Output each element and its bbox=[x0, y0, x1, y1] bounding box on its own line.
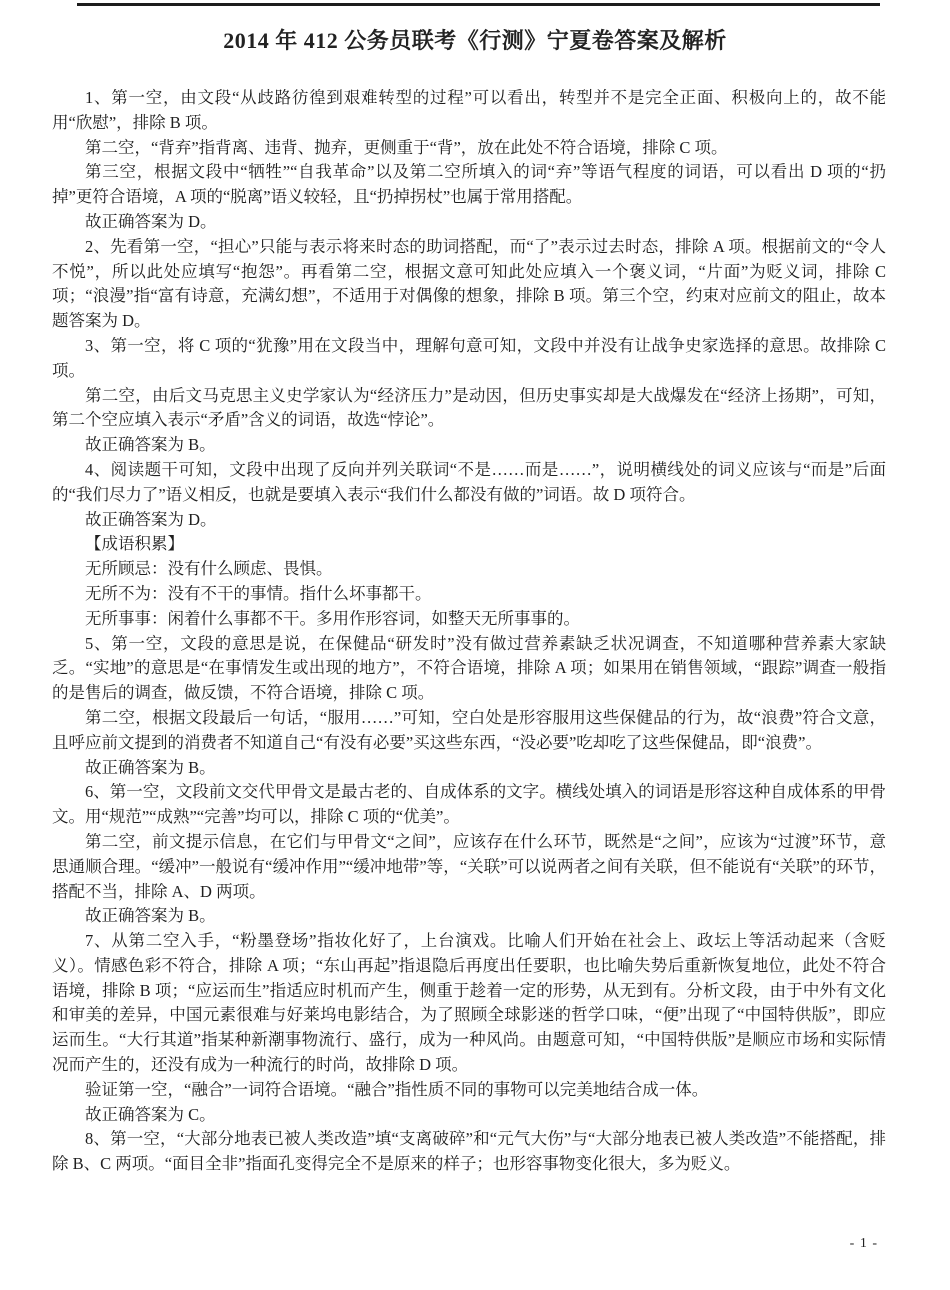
paragraph-heading-idioms: 【成语积累】 bbox=[52, 532, 886, 557]
paragraph: 5、第一空，文段的意思是说，在保健品“研发时”没有做过营养素缺乏状况调查，不知道… bbox=[52, 632, 886, 706]
paragraph: 故正确答案为 D。 bbox=[52, 210, 886, 235]
paragraph: 第三空，根据文段中“牺牲”“自我革命”以及第二空所填入的词“弃”等语气程度的词语… bbox=[52, 160, 886, 210]
paragraph: 无所事事：闲着什么事都不干。多用作形容词，如整天无所事事的。 bbox=[52, 607, 886, 632]
paragraph: 故正确答案为 B。 bbox=[52, 433, 886, 458]
paragraph: 故正确答案为 C。 bbox=[52, 1103, 886, 1128]
document-page: 2014 年 412 公务员联考《行测》宁夏卷答案及解析 1、第一空，由文段“从… bbox=[0, 0, 950, 1290]
paragraph: 4、阅读题干可知，文段中出现了反向并列关联词“不是……而是……”，说明横线处的词… bbox=[52, 458, 886, 508]
paragraph: 第二空，根据文段最后一句话，“服用……”可知，空白处是形容服用这些保健品的行为，… bbox=[52, 706, 886, 756]
paragraph: 无所顾忌：没有什么顾虑、畏惧。 bbox=[52, 557, 886, 582]
header-divider bbox=[77, 3, 880, 6]
paragraph: 6、第一空，文段前文交代甲骨文是最古老的、自成体系的文字。横线处填入的词语是形容… bbox=[52, 780, 886, 830]
document-body: 1、第一空，由文段“从歧路彷徨到艰难转型的过程”可以看出，转型并不是完全正面、积… bbox=[52, 86, 886, 1177]
paragraph: 1、第一空，由文段“从歧路彷徨到艰难转型的过程”可以看出，转型并不是完全正面、积… bbox=[52, 86, 886, 136]
paragraph: 第二空，前文提示信息，在它们与甲骨文“之间”，应该存在什么环节，既然是“之间”，… bbox=[52, 830, 886, 904]
paragraph: 8、第一空，“大部分地表已被人类改造”填“支离破碎”和“元气大伤”与“大部分地表… bbox=[52, 1127, 886, 1177]
page-number: - 1 - bbox=[850, 1236, 878, 1252]
paragraph: 故正确答案为 B。 bbox=[52, 904, 886, 929]
paragraph: 故正确答案为 B。 bbox=[52, 756, 886, 781]
paragraph: 第二空，由后文马克思主义史学家认为“经济压力”是动因，但历史事实却是大战爆发在“… bbox=[52, 384, 886, 434]
paragraph: 验证第一空，“融合”一词符合语境。“融合”指性质不同的事物可以完美地结合成一体。 bbox=[52, 1078, 886, 1103]
paragraph: 7、从第二空入手，“粉墨登场”指妆化好了，上台演戏。比喻人们开始在社会上、政坛上… bbox=[52, 929, 886, 1078]
paragraph: 无所不为：没有不干的事情。指什么坏事都干。 bbox=[52, 582, 886, 607]
paragraph: 3、第一空，将 C 项的“犹豫”用在文段当中，理解句意可知，文段中并没有让战争史… bbox=[52, 334, 886, 384]
paragraph: 第二空，“背弃”指背离、违背、抛弃，更侧重于“背”，放在此处不符合语境，排除 C… bbox=[52, 136, 886, 161]
paragraph: 故正确答案为 D。 bbox=[52, 508, 886, 533]
page-title: 2014 年 412 公务员联考《行测》宁夏卷答案及解析 bbox=[0, 24, 950, 55]
paragraph: 2、先看第一空，“担心”只能与表示将来时态的助词搭配，而“了”表示过去时态，排除… bbox=[52, 235, 886, 334]
